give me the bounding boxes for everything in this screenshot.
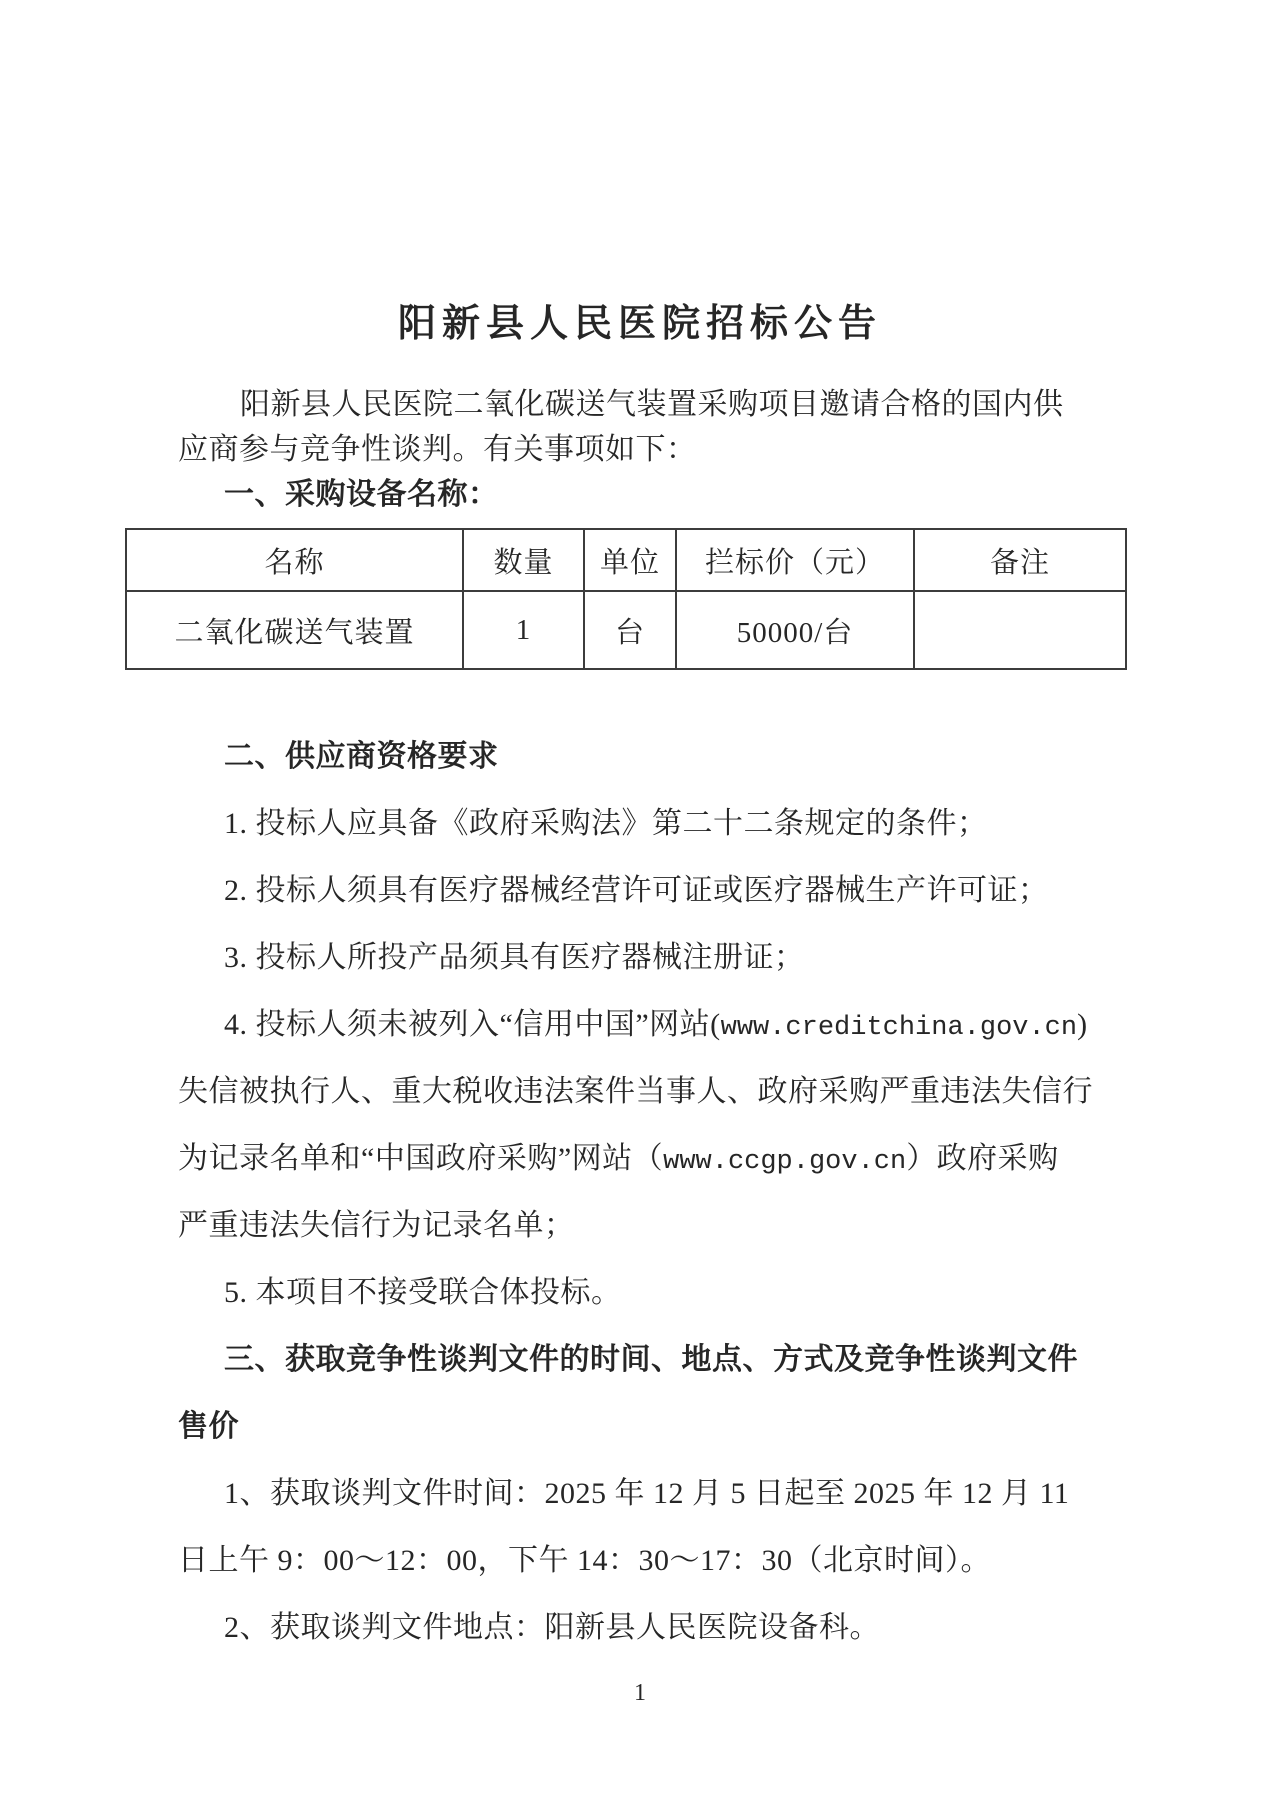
table-header-quantity: 数量 [463,529,584,591]
section-1-heading: 一、采购设备名称： [224,473,499,517]
intro-paragraph-line-2: 应商参与竞争性谈判。有关事项如下： [178,428,697,472]
section-2-item-3: 3. 投标人所投产品须具有医疗器械注册证； [224,936,805,980]
section-3-item-1: 1、获取谈判文件时间：2025 年 12 月 5 日起至 2025 年 12 月… [224,1472,1069,1516]
table-row: 二氧化碳送气装置 1 台 50000/台 [126,591,1126,669]
equipment-table: 名称 数量 单位 拦标价（元） 备注 二氧化碳送气装置 1 台 50000/台 [125,528,1127,670]
section-2-item-4-continuation-1: 失信被执行人、重大税收违法案件当事人、政府采购严重违法失信行 [178,1070,1093,1114]
table-header-row: 名称 数量 单位 拦标价（元） 备注 [126,529,1126,591]
table-header-note: 备注 [914,529,1126,591]
intro-paragraph-line-1: 阳新县人民医院二氧化碳送气装置采购项目邀请合格的国内供 [240,383,1064,427]
table-cell-price: 50000/台 [676,591,914,669]
document-page: 阳新县人民医院招标公告 阳新县人民医院二氧化碳送气装置采购项目邀请合格的国内供 … [0,0,1280,1811]
cont-2-text: 为记录名单和“中国政府采购”网站（ [178,1142,663,1175]
table-header-name: 名称 [126,529,463,591]
section-3-heading-line-2: 售价 [178,1405,239,1449]
table-cell-quantity: 1 [463,591,584,669]
cont-2-text-end: ）政府采购 [906,1142,1059,1175]
table-header-unit: 单位 [584,529,676,591]
section-2-item-4-continuation-2: 为记录名单和“中国政府采购”网站（www.ccgp.gov.cn）政府采购 [178,1137,1059,1184]
ccgp-url: www.ccgp.gov.cn [663,1147,906,1177]
page-number: 1 [0,1678,1280,1708]
section-2-item-5: 5. 本项目不接受联合体投标。 [224,1271,622,1315]
table-cell-unit: 台 [584,591,676,669]
section-3-item-2: 2、获取谈判文件地点：阳新县人民医院设备科。 [224,1606,880,1650]
section-3-item-1-continuation: 日上午 9：00～12：00，下午 14：30～17：30（北京时间）。 [178,1539,991,1583]
table-cell-name: 二氧化碳送气装置 [126,591,463,669]
section-2-heading: 二、供应商资格要求 [224,735,499,779]
section-3-heading-line-1: 三、获取竞争性谈判文件的时间、地点、方式及竞争性谈判文件 [224,1338,1078,1382]
table-cell-note [914,591,1126,669]
section-2-item-4: 4. 投标人须未被列入“信用中国”网站(www.creditchina.gov.… [224,1003,1088,1050]
creditchina-url: www.creditchina.gov.cn [721,1013,1077,1043]
section-2-item-4-continuation-3: 严重违法失信行为记录名单； [178,1204,575,1248]
section-2-item-1: 1. 投标人应具备《政府采购法》第二十二条规定的条件； [224,802,988,846]
item-4-text: 4. 投标人须未被列入“信用中国”网站( [224,1008,721,1041]
item-4-text-end: ) [1077,1008,1088,1041]
section-2-item-2: 2. 投标人须具有医疗器械经营许可证或医疗器械生产许可证； [224,869,1049,913]
document-title: 阳新县人民医院招标公告 [0,300,1280,348]
table-header-price: 拦标价（元） [676,529,914,591]
